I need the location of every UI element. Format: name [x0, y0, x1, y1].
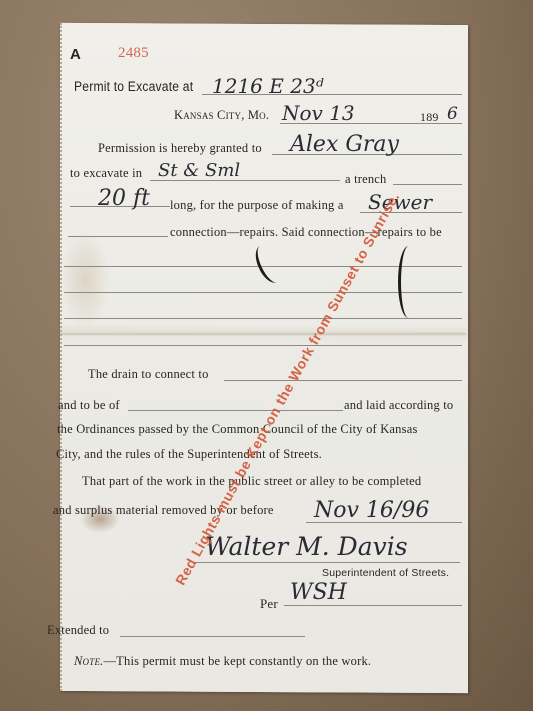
blank-line [64, 345, 462, 346]
grantee-name: Alex Gray [290, 132, 399, 157]
extended-line [120, 636, 305, 637]
per-label: Per [260, 596, 278, 612]
note-text: —This permit must be kept constantly on … [103, 654, 371, 668]
completion-date: Nov 16/96 [314, 498, 429, 523]
serial-number: 2485 [118, 45, 149, 62]
and-to-be-of-label: and to be of [58, 398, 120, 413]
city-label: Kansas City, Mo. [174, 108, 269, 123]
paper-fold [60, 332, 466, 336]
trench-label: a trench [345, 172, 387, 187]
blank-line [64, 318, 462, 319]
note-label: Note. [74, 654, 103, 668]
address-value: 1216 E 23ᵈ [212, 74, 324, 98]
paper-stain [60, 230, 110, 330]
pen-stroke [398, 246, 419, 318]
per-line [284, 605, 462, 606]
extended-label: Extended to [47, 623, 109, 638]
drain-size-line [128, 410, 343, 411]
drain-label: The drain to connect to [88, 367, 209, 382]
laid-according-text: and laid according to [344, 398, 453, 413]
connection-text: connection—repairs. Said connection—repa… [170, 225, 442, 240]
drain-line [224, 380, 462, 381]
ordinance-text-1: the Ordinances passed by the Common Coun… [57, 422, 418, 437]
excavate-label: to excavate in [70, 166, 142, 181]
issue-date: Nov 13 [282, 101, 355, 125]
year-prefix: 189 [420, 110, 439, 125]
footer-note: Note.—This permit must be kept constantl… [74, 654, 371, 669]
year-suffix: 6 [447, 104, 458, 124]
signature-line [195, 562, 460, 563]
signature-title: Superintendent of Streets. [322, 567, 449, 579]
blank-line [68, 236, 168, 237]
completion-text-2: and surplus material removed by or befor… [53, 503, 274, 518]
ordinance-text-2: City, and the rules of the Superintenden… [56, 447, 322, 462]
permit-title: Permit to Excavate at [74, 79, 193, 94]
form-series: A [70, 46, 81, 63]
trench-length: 20 ft [98, 186, 150, 211]
per-initials: WSH [290, 580, 347, 605]
trench-line [393, 184, 462, 185]
purpose-label: long, for the purpose of making a [170, 198, 344, 213]
excavate-location: St & Sml [158, 160, 240, 181]
granted-label: Permission is hereby granted to [98, 141, 262, 156]
superintendent-signature: Walter M. Davis [205, 532, 408, 561]
completion-text-1: That part of the work in the public stre… [82, 474, 421, 489]
